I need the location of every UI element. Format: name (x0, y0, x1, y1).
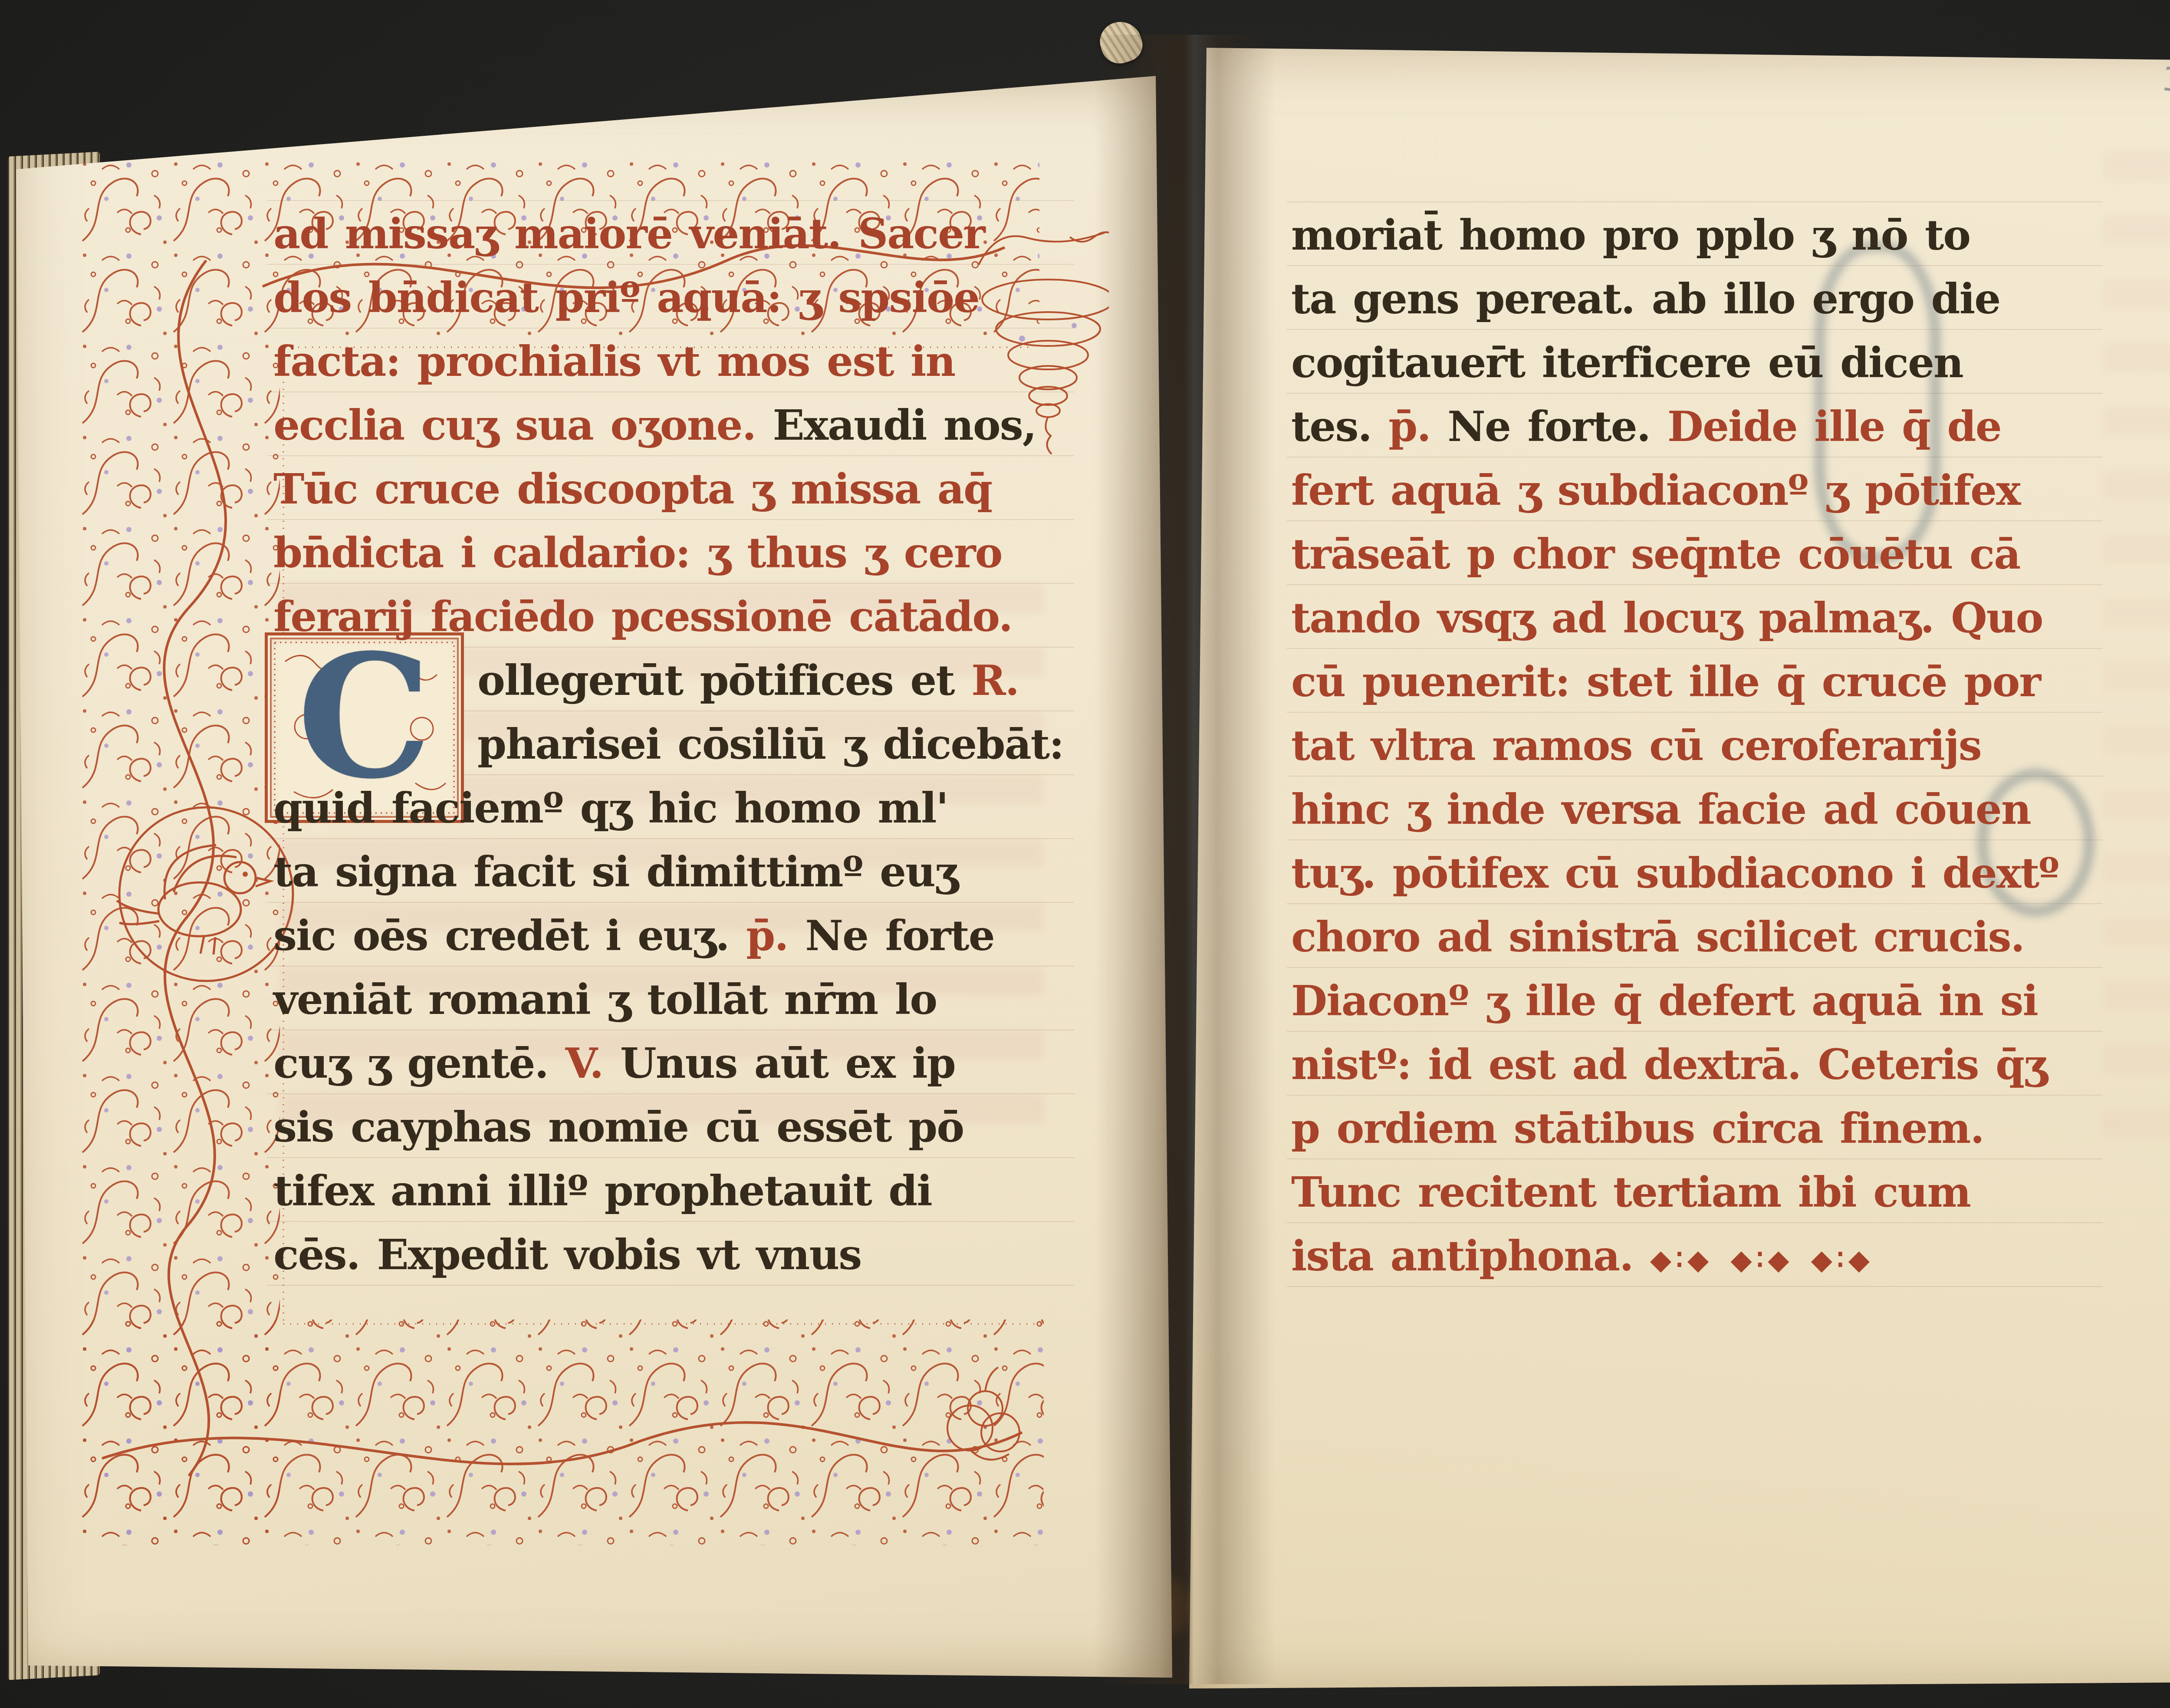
left-page: C ad missaʒ maiorē veniāt. Sacerdos bn̄d… (11, 72, 1178, 1684)
text-line: ista antiphona. ◆∶◆ ◆∶◆ ◆∶◆ (1291, 1224, 2098, 1288)
text-segment: moriat̄ homo pro pplo ʒ nō to (1291, 211, 1970, 260)
text-line: ollegerūt pōtifices et R. (273, 648, 1072, 712)
text-segment: tuʒ. pōtifex cū subdiacono i dextº (1291, 849, 2058, 898)
left-text-column: ad missaʒ maiorē veniāt. Sacerdos bn̄dic… (273, 202, 1072, 1287)
text-segment: p ordiem stātibus circa finem. (1291, 1104, 1984, 1153)
text-line: bn̄dicta i caldario: ʒ thus ʒ cero (273, 521, 1072, 585)
text-segment: p̄. (1388, 402, 1447, 451)
text-segment: facta: prochialis vt mos est in (273, 337, 955, 386)
text-line: ad missaʒ maiorē veniāt. Sacer (273, 202, 1072, 266)
text-segment: Tūc cruce discoopta ʒ missa aq̄ (273, 464, 992, 513)
text-segment: pharisei cōsiliū ʒ dicebāt: (477, 720, 1064, 769)
text-line: tando vsqʒ ad locuʒ palmaʒ. Quo (1291, 586, 2098, 650)
text-segment: R. (971, 656, 1019, 705)
text-line: ta gens pereat. ab illo ergo die (1291, 267, 2098, 331)
text-segment: nistº: id est ad dextrā. Ceteris q̄ʒ (1291, 1040, 2047, 1089)
text-segment: tando vsqʒ ad locuʒ palmaʒ. Quo (1291, 593, 2043, 642)
text-segment: Exaudi nos, (773, 401, 1036, 450)
text-line: tes. p̄. Ne forte. Deide ille q̄ de (1291, 395, 2098, 458)
text-line: hinc ʒ inde versa facie ad cōuen (1291, 777, 2098, 841)
text-segment: ollegerūt pōtifices et (477, 656, 971, 705)
text-line: cuʒ ʒ gentē. V. Unus aūt ex ip (273, 1031, 1072, 1095)
text-segment: dos bn̄dicat priº aquā: ʒ spsiōe (273, 273, 979, 322)
manuscript-photo: C ad missaʒ maiorē veniāt. Sacerdos bn̄d… (0, 0, 2170, 1708)
text-line: choro ad sinistrā scilicet crucis. (1291, 905, 2098, 969)
text-line: ta signa facit si dimittimº euʒ (273, 840, 1072, 904)
text-line: trāseāt p chor seq̄nte cōuētu cā (1291, 522, 2098, 586)
text-line: ecclia cuʒ sua oʒone. Exaudi nos, (273, 393, 1072, 457)
text-segment: ista antiphona. (1291, 1231, 1650, 1280)
text-segment: Deide ille q̄ de (1667, 402, 2001, 451)
text-segment: cū puenerit: stet ille q̄ crucē por (1291, 657, 2040, 706)
text-segment: Ne forte (805, 911, 994, 960)
text-segment: sis cayphas nomīe cū essēt pō (273, 1102, 963, 1152)
text-line: cū puenerit: stet ille q̄ crucē por (1291, 650, 2098, 714)
headband (1095, 16, 1147, 69)
text-segment: quid faciemº qʒ hic homo ml' (273, 783, 948, 833)
text-line: tuʒ. pōtifex cū subdiacono i dextº (1291, 841, 2098, 905)
text-segment: Diaconº ʒ ille q̄ defert aquā in si (1291, 976, 2038, 1025)
text-segment: p̄. (746, 911, 805, 960)
text-segment: veniāt romani ʒ tollāt nr̄m lo (273, 975, 937, 1024)
text-segment: bn̄dicta i caldario: ʒ thus ʒ cero (273, 528, 1002, 577)
text-line: tifex anni illiº prophetauit di (273, 1159, 1072, 1223)
text-line: p ordiem stātibus circa finem. (1291, 1096, 2098, 1160)
text-line: quid faciemº qʒ hic homo ml' (273, 776, 1072, 840)
text-line: Tūc cruce discoopta ʒ missa aq̄ (273, 457, 1072, 521)
text-segment: Tunc recitent tertiam ibi cum (1291, 1168, 1970, 1217)
text-line: tat vltra ramos cū ceroferarijs (1291, 714, 2098, 777)
ink-showthrough (2103, 152, 2170, 1150)
text-line: facta: prochialis vt mos est in (273, 329, 1072, 393)
text-segment: tifex anni illiº prophetauit di (273, 1166, 932, 1215)
text-line: Tunc recitent tertiam ibi cum (1291, 1160, 2098, 1224)
folio-number: 16 (2159, 59, 2170, 103)
text-segment: choro ad sinistrā scilicet crucis. (1291, 912, 2024, 961)
right-text-column: moriat̄ homo pro pplo ʒ nō tota gens per… (1291, 203, 2098, 1288)
text-segment: sic oēs credēt i euʒ. (273, 911, 746, 960)
text-segment: Sacer (858, 209, 985, 258)
text-line: ferarij faciēdo pcessionē cātādo. (273, 585, 1072, 648)
text-segment: cogitauer̄t iterficere eū dicen (1291, 338, 1963, 387)
text-line: Diaconº ʒ ille q̄ defert aquā in si (1291, 969, 2098, 1033)
text-line: cēs. Expedit vobis vt vnus (273, 1223, 1072, 1287)
text-segment: ta gens pereat. ab illo ergo die (1291, 274, 2000, 323)
text-line: sic oēs credēt i euʒ. p̄. Ne forte (273, 904, 1072, 968)
text-line: veniāt romani ʒ tollāt nr̄m lo (273, 968, 1072, 1031)
text-segment: Unus aūt ex ip (620, 1039, 955, 1088)
text-segment: ferarij faciēdo pcessionē cātādo. (273, 592, 1012, 641)
text-segment: ta signa facit si dimittimº euʒ (273, 847, 957, 896)
text-segment: tat vltra ramos cū ceroferarijs (1291, 721, 1981, 770)
text-segment: fert aquā ʒ subdiaconº ʒ pōtifex (1291, 466, 2020, 515)
text-segment: ad missaʒ maiorē veniāt. (273, 209, 858, 258)
text-segment: ecclia cuʒ sua oʒone. (273, 401, 773, 450)
text-line: moriat̄ homo pro pplo ʒ nō to (1291, 203, 2098, 267)
text-line: nistº: id est ad dextrā. Ceteris q̄ʒ (1291, 1033, 2098, 1096)
text-segment: hinc ʒ inde versa facie ad cōuen (1291, 785, 2031, 834)
text-segment: trāseāt p chor seq̄nte cōuētu cā (1291, 530, 2020, 579)
text-line: fert aquā ʒ subdiaconº ʒ pōtifex (1291, 458, 2098, 522)
text-segment: ◆∶◆ ◆∶◆ ◆∶◆ (1650, 1244, 1874, 1276)
text-segment: Ne forte. (1447, 402, 1667, 451)
text-segment: cēs. Expedit vobis vt vnus (273, 1230, 861, 1279)
text-line: cogitauer̄t iterficere eū dicen (1291, 331, 2098, 395)
text-segment: cuʒ ʒ gentē. (273, 1039, 565, 1088)
text-line: sis cayphas nomīe cū essēt pō (273, 1095, 1072, 1159)
text-line: dos bn̄dicat priº aquā: ʒ spsiōe (273, 266, 1072, 329)
text-line: pharisei cōsiliū ʒ dicebāt: (273, 712, 1072, 776)
text-segment: tes. (1291, 402, 1388, 451)
right-page: 16 moriat̄ homo pro pplo ʒ nō tota gens … (1183, 39, 2170, 1699)
text-segment: V. (565, 1039, 620, 1088)
